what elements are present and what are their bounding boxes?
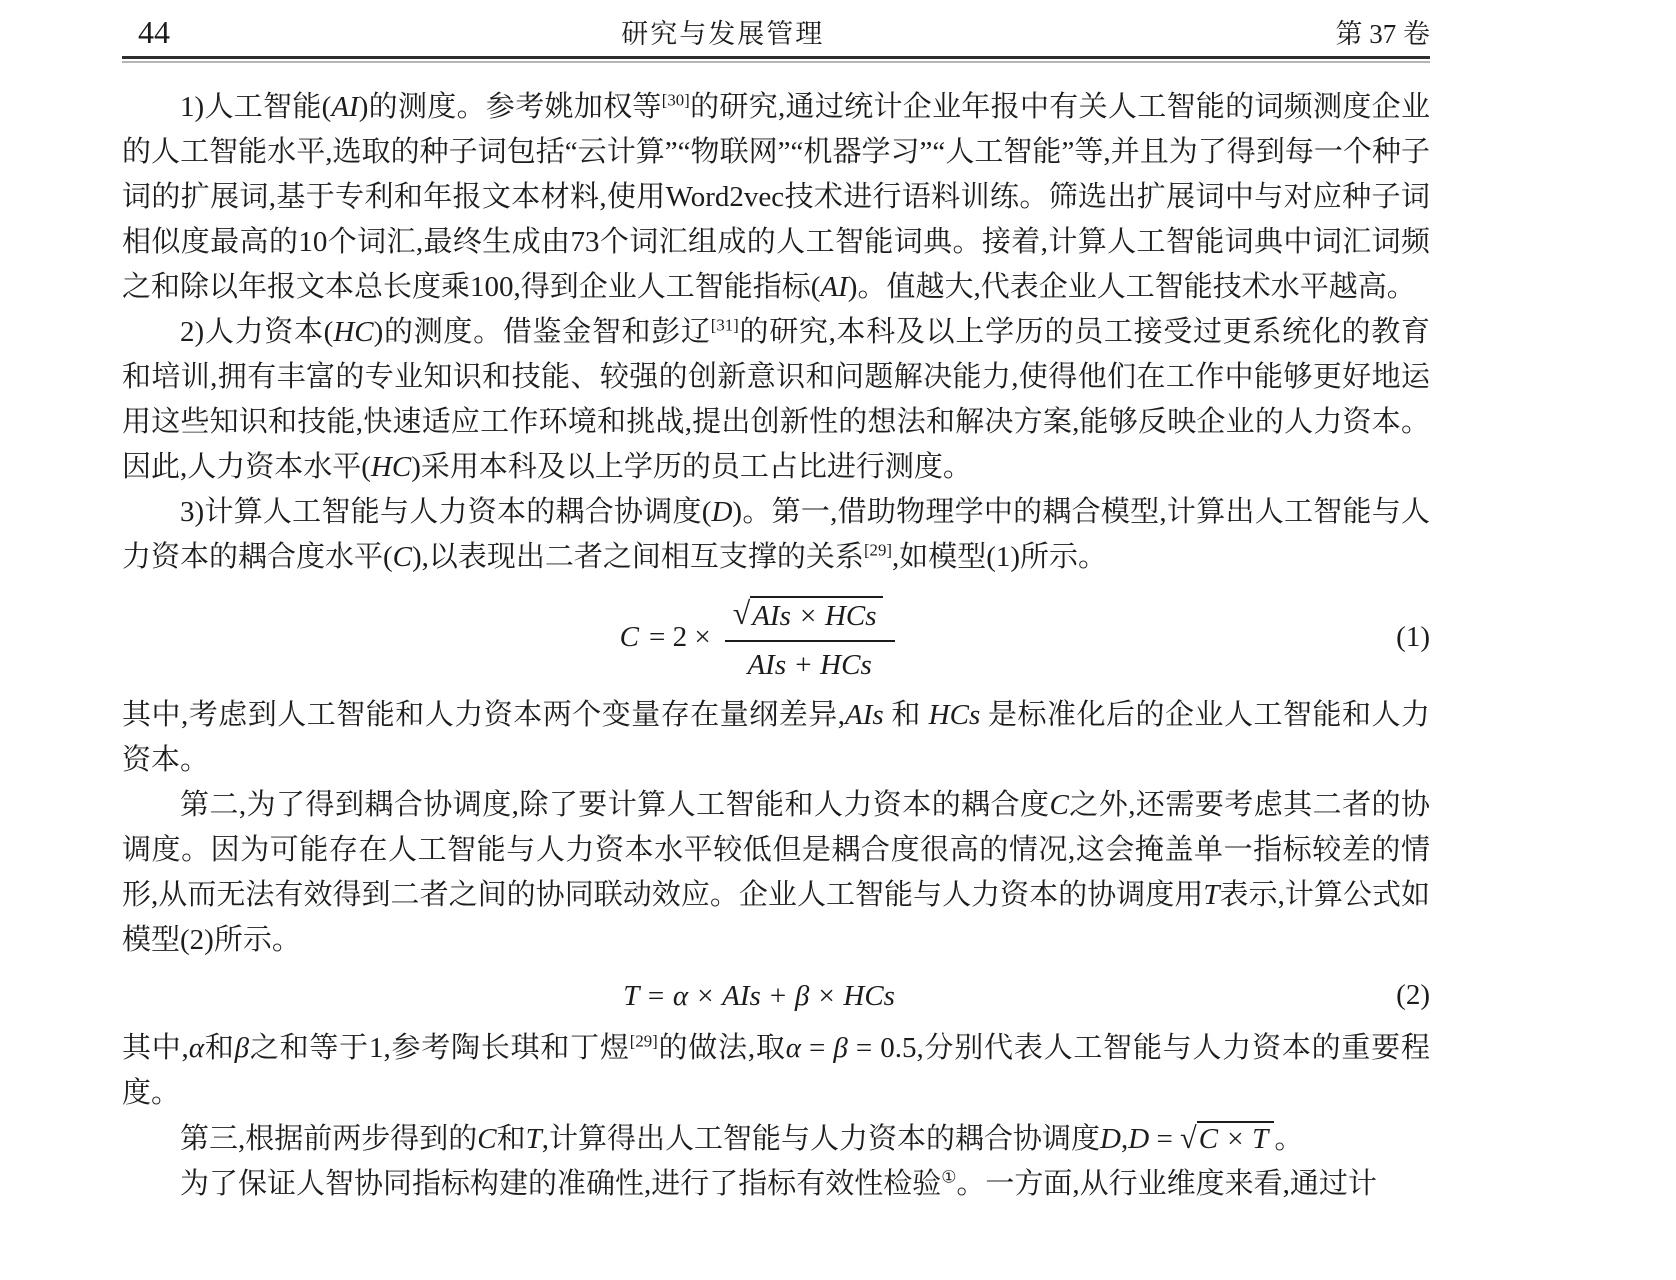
text-segment: 为了保证人智协同指标构建的准确性,进行了指标有效性检验: [180, 1168, 941, 1200]
volume-label: 第 37 卷: [1336, 21, 1431, 48]
radicand: C × T: [1197, 1121, 1275, 1155]
superscript-marker: [29]: [630, 1031, 658, 1050]
text-segment: )。值越大,代表企业人工智能技术水平越高。: [848, 271, 1416, 303]
paragraph-coordination: 第二,为了得到耦合协调度,除了要计算人工智能和人力资本的耦合度C之外,还需要考虑…: [122, 783, 1430, 963]
text-segment: AI: [820, 271, 847, 303]
paragraph-standardization-note: 其中,考虑到人工智能和人力资本两个变量存在量纲差异,AIs 和 HCs 是标准化…: [122, 693, 1430, 783]
text-segment: D: [1128, 1123, 1149, 1155]
text-segment: C: [393, 541, 412, 573]
paragraph-alpha-beta-note: 其中,α和β之和等于1,参考陶长琪和丁煜[29]的做法,取α = β = 0.5…: [122, 1026, 1430, 1116]
text-segment: =: [801, 1032, 833, 1064]
superscript-marker: ①: [941, 1167, 956, 1186]
text-segment: HC: [333, 316, 373, 348]
header-rule-thick: [122, 56, 1430, 59]
page-header: 44 研究与发展管理 第 37 卷: [122, 0, 1430, 48]
text-segment: α: [786, 1032, 801, 1064]
text-segment: C: [1050, 789, 1069, 821]
journal-title: 研究与发展管理: [621, 21, 824, 48]
radical-sign: √: [733, 594, 751, 634]
text-segment: α: [189, 1032, 204, 1064]
article-body: 1)人工智能(AI)的测度。参考姚加权等[30]的研究,通过统计企业年报中有关人…: [122, 85, 1430, 1207]
equation-number-2: (2): [1396, 973, 1430, 1018]
text-segment: )采用本科及以上学历的员工占比进行测度。: [411, 451, 972, 483]
text-segment: β: [833, 1032, 847, 1064]
text-segment: 和: [204, 1032, 235, 1064]
superscript-marker: [31]: [711, 315, 739, 334]
text-segment: AIs: [845, 699, 884, 731]
radicand: AIs × HCs: [750, 596, 882, 634]
journal-page: 44 研究与发展管理 第 37 卷 1)人工智能(AI)的测度。参考姚加权等[3…: [0, 0, 1676, 1280]
text-segment: C: [477, 1123, 496, 1155]
text-segment: 之和等于1,参考陶长琪和丁煜: [249, 1032, 630, 1064]
header-rule-thin: [122, 61, 1430, 63]
inline-radical-expression: √C × T: [1180, 1123, 1274, 1155]
formula-2-body: T = α × AIs + β × HCs: [122, 978, 1396, 1014]
text-segment: T: [1203, 879, 1219, 911]
text-segment: HCs: [929, 699, 981, 731]
fraction-denominator: AIs + HCs: [737, 642, 881, 683]
radical-sign: √: [1180, 1121, 1197, 1155]
text-segment: AI: [331, 91, 358, 123]
text-segment: 。: [1274, 1123, 1303, 1155]
paragraph-d-calculation: 第三,根据前两步得到的C和T,计算得出人工智能与人力资本的耦合协调度D,D = …: [122, 1116, 1430, 1162]
text-segment: 和: [884, 699, 929, 731]
text-segment: ,计算得出人工智能与人力资本的耦合协调度: [542, 1123, 1100, 1155]
text-segment: =: [1149, 1123, 1180, 1155]
formula-2-expression: T = α × AIs + β × HCs: [623, 978, 895, 1014]
text-segment: 3)计算人工智能与人力资本的耦合协调度(: [180, 496, 711, 528]
formula-1-lhs: C: [620, 619, 639, 655]
text-segment: D: [711, 496, 732, 528]
text-segment: 其中,考虑到人工智能和人力资本两个变量存在量纲差异,: [122, 699, 845, 731]
text-segment: D: [1100, 1123, 1121, 1155]
paragraph-ai-measurement: 1)人工智能(AI)的测度。参考姚加权等[30]的研究,通过统计企业年报中有关人…: [122, 85, 1430, 310]
text-segment: ,如模型(1)所示。: [892, 541, 1107, 573]
equation-coordination-degree: T = α × AIs + β × HCs (2): [122, 969, 1430, 1020]
text-segment: )的测度。借鉴金智和彭辽: [374, 316, 711, 348]
text-segment: )的测度。参考姚加权等: [359, 91, 662, 123]
text-segment: 第二,为了得到耦合协调度,除了要计算人工智能和人力资本的耦合度: [180, 789, 1050, 821]
formula-1-operator: = 2 ×: [649, 619, 711, 655]
formula-1-body: C = 2 × √ AIs × HCs AIs + HCs: [122, 592, 1396, 683]
equation-number-1: (1): [1396, 615, 1430, 660]
fraction-numerator: √ AIs × HCs: [725, 592, 895, 642]
text-segment: 第三,根据前两步得到的: [180, 1123, 477, 1155]
superscript-marker: [29]: [864, 540, 892, 559]
text-segment: 和: [497, 1123, 526, 1155]
text-segment: HC: [371, 451, 411, 483]
paragraph-hc-measurement: 2)人力资本(HC)的测度。借鉴金智和彭辽[31]的研究,本科及以上学历的员工接…: [122, 310, 1430, 490]
page-number: 44: [122, 16, 170, 48]
text-segment: ),以表现出二者之间相互支撑的关系: [412, 541, 864, 573]
paragraph-validity-check: 为了保证人智协同指标构建的准确性,进行了指标有效性检验①。一方面,从行业维度来看…: [122, 1162, 1430, 1207]
text-segment: 。一方面,从行业维度来看,通过计: [956, 1168, 1377, 1200]
paragraph-coupling-intro: 3)计算人工智能与人力资本的耦合协调度(D)。第一,借助物理学中的耦合模型,计算…: [122, 490, 1430, 580]
text-segment: β: [235, 1032, 249, 1064]
formula-1-fraction: √ AIs × HCs AIs + HCs: [725, 592, 895, 683]
equation-coupling-degree: C = 2 × √ AIs × HCs AIs + HCs (1): [122, 586, 1430, 687]
text-segment: T: [526, 1123, 542, 1155]
superscript-marker: [30]: [662, 90, 690, 109]
text-segment: 其中,: [122, 1032, 189, 1064]
text-segment: 1)人工智能(: [180, 91, 331, 123]
text-segment: 2)人力资本(: [180, 316, 333, 348]
text-segment: 的做法,取: [658, 1032, 786, 1064]
